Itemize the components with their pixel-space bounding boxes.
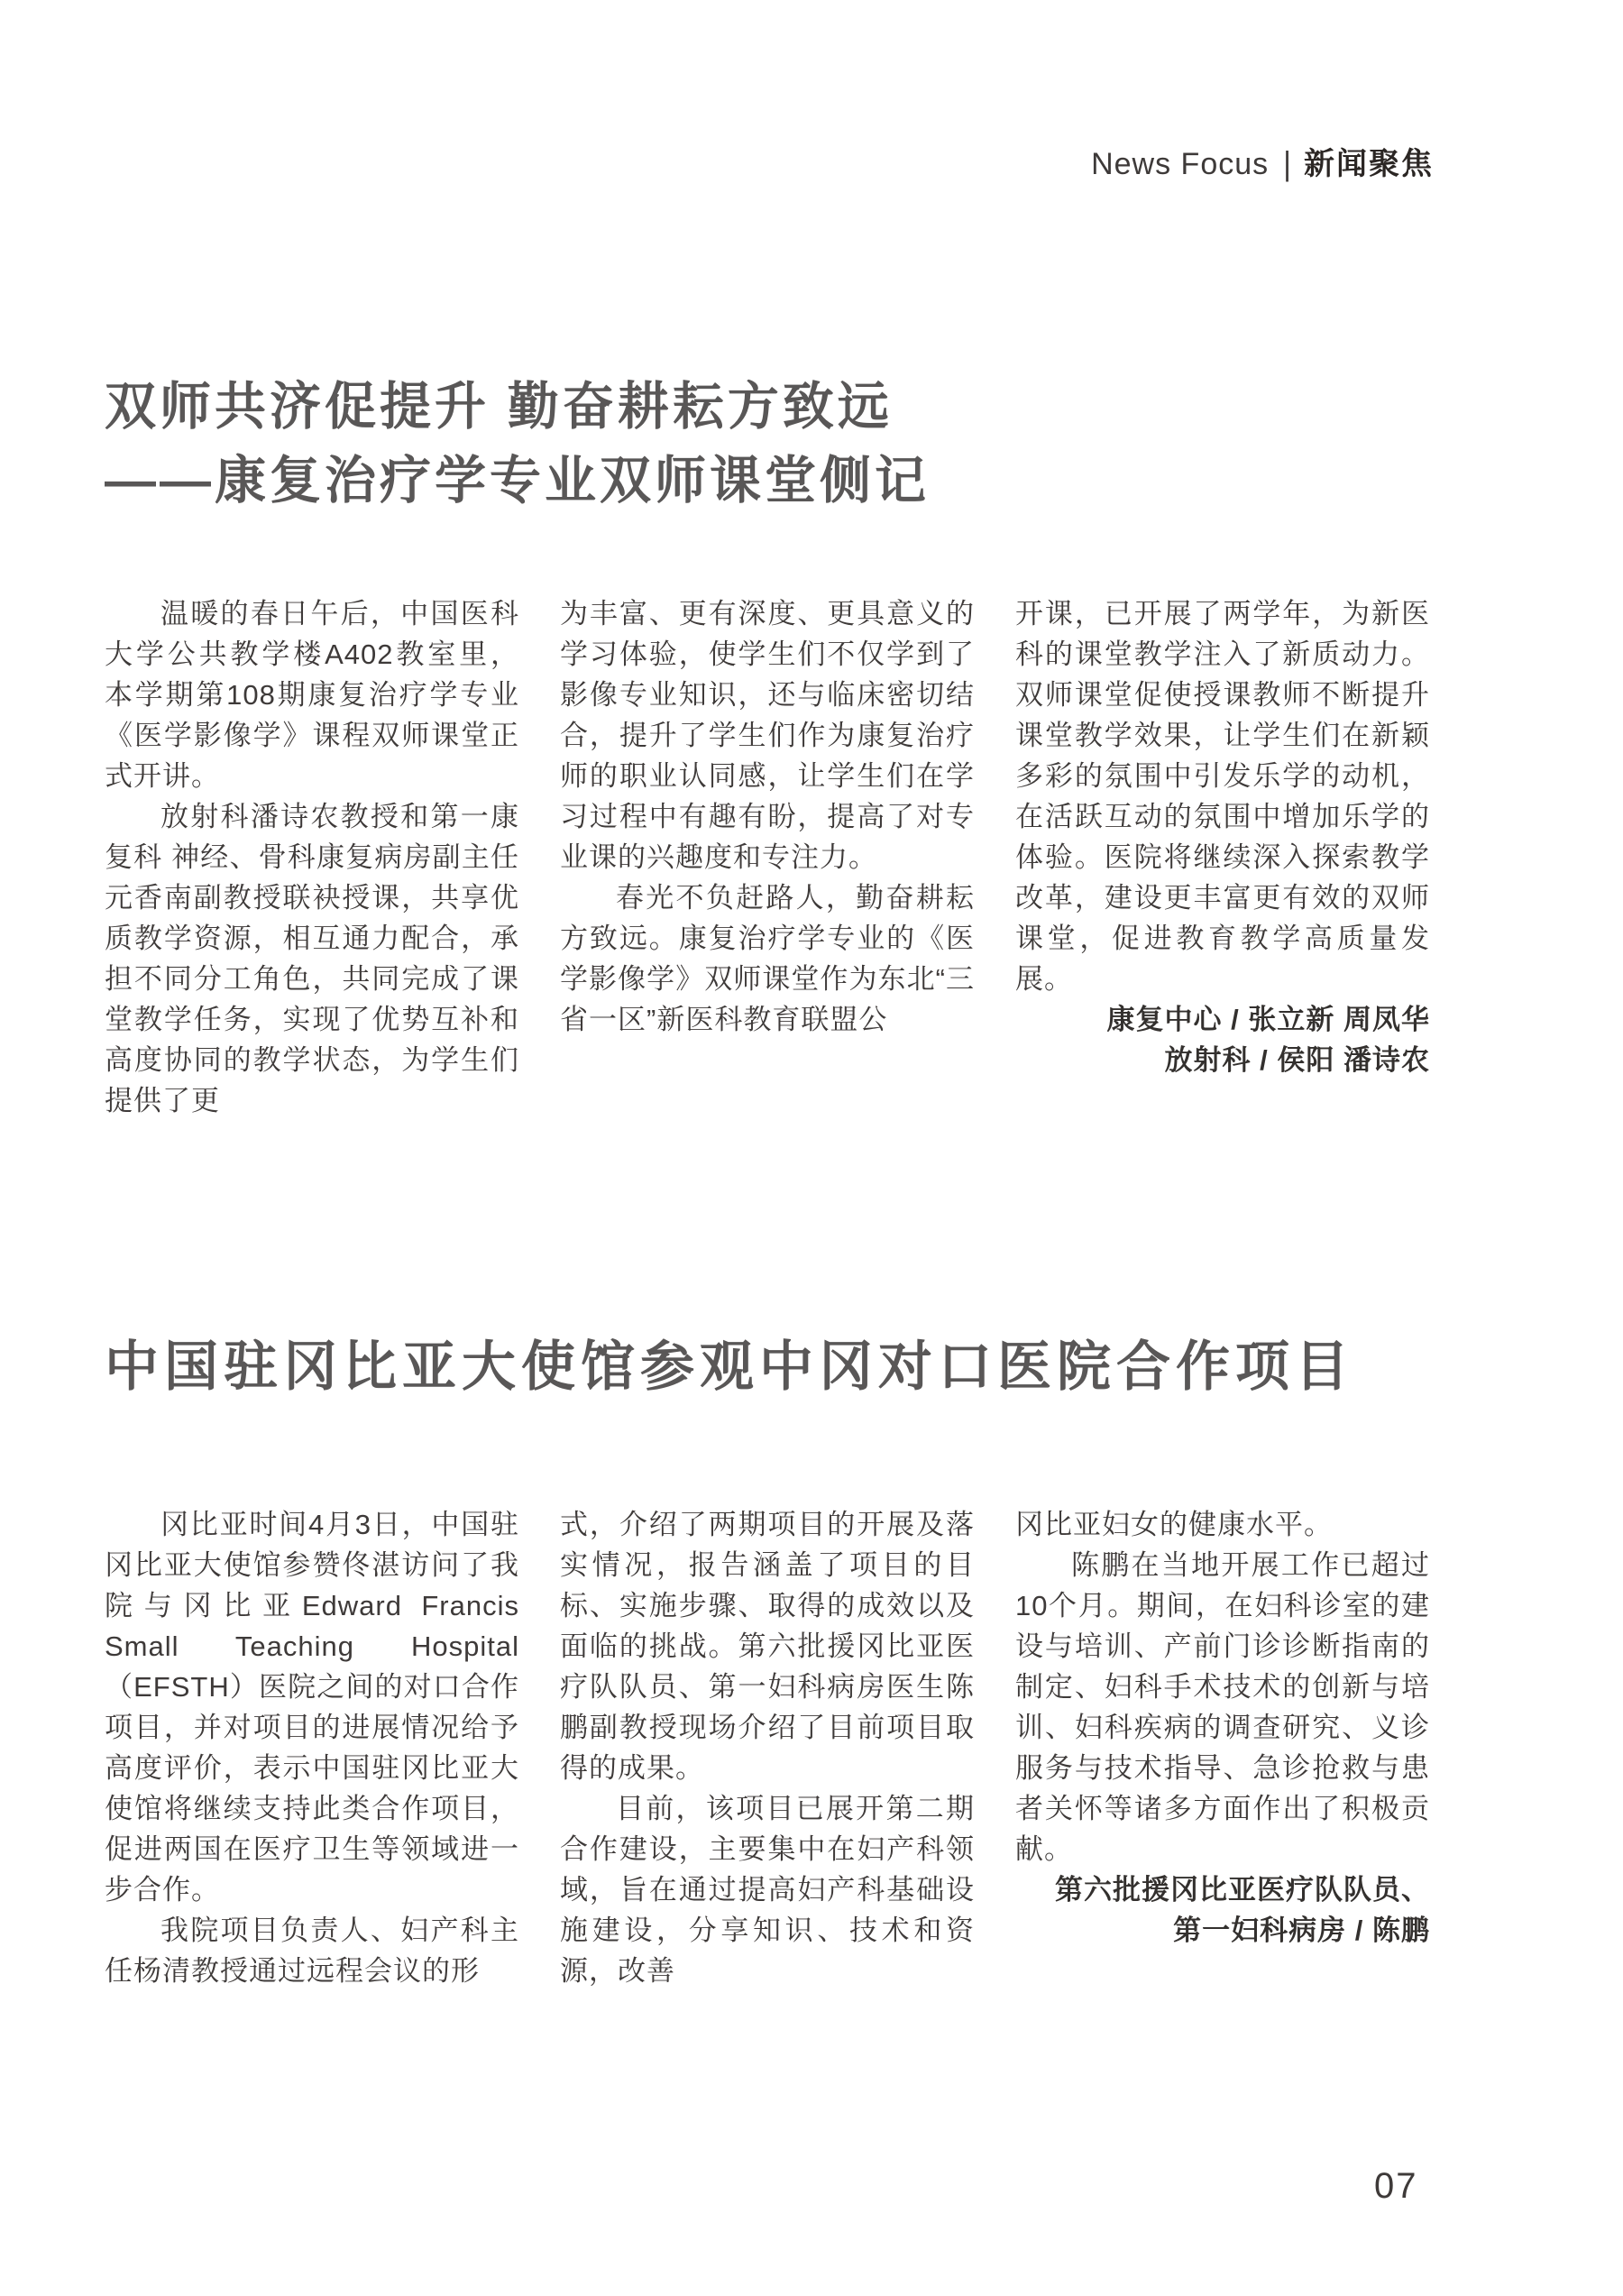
article2-paragraph: 冈比亚时间4月3日，中国驻冈比亚大使馆参赞佟湛访问了我院与冈比亚Edward F… [105, 1504, 519, 1910]
article1-body: 温暖的春日午后，中国医科大学公共教学楼A402教室里，本学期第108期康复治疗学… [105, 593, 1430, 1121]
article2-column-2: 式，介绍了两期项目的开展及落实情况，报告涵盖了项目的目标、实施步骤、取得的成效以… [560, 1504, 975, 1991]
article2-paragraph-continued: 冈比亚妇女的健康水平。 [1015, 1504, 1430, 1545]
article1-title-line2: ——康复治疗学专业双师课堂侧记 [105, 444, 930, 518]
article1-paragraph: 春光不负赶路人，勤奋耕耘方致远。康复治疗学专业的《医学影像学》双师课堂作为东北“… [560, 877, 975, 1040]
article2-column-1: 冈比亚时间4月3日，中国驻冈比亚大使馆参赞佟湛访问了我院与冈比亚Edward F… [105, 1504, 519, 1991]
article2-column-3: 冈比亚妇女的健康水平。 陈鹏在当地开展工作已超过10个月。期间，在妇科诊室的建设… [1015, 1504, 1430, 1991]
article1-paragraph: 放射科潘诗农教授和第一康复科 神经、骨科康复病房副主任元香南副教授联袂授课，共享… [105, 796, 519, 1121]
article2-paragraph-continued: 式，介绍了两期项目的开展及落实情况，报告涵盖了项目的目标、实施步骤、取得的成效以… [560, 1504, 975, 1788]
article1-paragraph: 温暖的春日午后，中国医科大学公共教学楼A402教室里，本学期第108期康复治疗学… [105, 593, 519, 796]
article1-paragraph-continued: 开课，已开展了两学年，为新医科的课堂教学注入了新质动力。双师课堂促使授课教师不断… [1015, 593, 1430, 999]
section-header-divider: | [1283, 142, 1291, 186]
article1-column-2: 为丰富、更有深度、更具意义的学习体验，使学生们不仅学到了影像专业知识，还与临床密… [560, 593, 975, 1121]
page-number: 07 [1374, 2166, 1418, 2207]
article1-title: 双师共济促提升 勤奋耕耘方致远 ——康复治疗学专业双师课堂侧记 [105, 370, 930, 518]
section-header: News Focus|新闻聚焦 [1091, 144, 1434, 184]
article1-byline-radiology: 放射科 / 侯阳 潘诗农 [1015, 1040, 1430, 1080]
article1-byline-rehab-center: 康复中心 / 张立新 周凤华 [1015, 999, 1430, 1040]
article2-title: 中国驻冈比亚大使馆参观中冈对口医院合作项目 [105, 1331, 1354, 1403]
article1-column-1: 温暖的春日午后，中国医科大学公共教学楼A402教室里，本学期第108期康复治疗学… [105, 593, 519, 1121]
section-header-english: News Focus [1091, 147, 1269, 181]
article2-paragraph: 陈鹏在当地开展工作已超过10个月。期间，在妇科诊室的建设与培训、产前门诊诊断指南… [1015, 1545, 1430, 1869]
article2-byline-medical-team: 第六批援冈比亚医疗队队员、 [1015, 1869, 1430, 1910]
section-header-chinese: 新闻聚焦 [1304, 147, 1434, 181]
article1-column-3: 开课，已开展了两学年，为新医科的课堂教学注入了新质动力。双师课堂促使授课教师不断… [1015, 593, 1430, 1121]
article2-paragraph: 目前，该项目已展开第二期合作建设，主要集中在妇产科领域，旨在通过提高妇产科基础设… [560, 1788, 975, 1991]
magazine-page: { "header": { "news_focus_en": "News Foc… [0, 0, 1623, 2296]
article2-body: 冈比亚时间4月3日，中国驻冈比亚大使馆参赞佟湛访问了我院与冈比亚Edward F… [105, 1504, 1430, 1991]
article2-byline-ward-author: 第一妇科病房 / 陈鹏 [1015, 1910, 1430, 1951]
article1-paragraph-continued: 为丰富、更有深度、更具意义的学习体验，使学生们不仅学到了影像专业知识，还与临床密… [560, 593, 975, 877]
article1-title-line1: 双师共济促提升 勤奋耕耘方致远 [105, 370, 930, 444]
article2-paragraph: 我院项目负责人、妇产科主任杨清教授通过远程会议的形 [105, 1910, 519, 1991]
